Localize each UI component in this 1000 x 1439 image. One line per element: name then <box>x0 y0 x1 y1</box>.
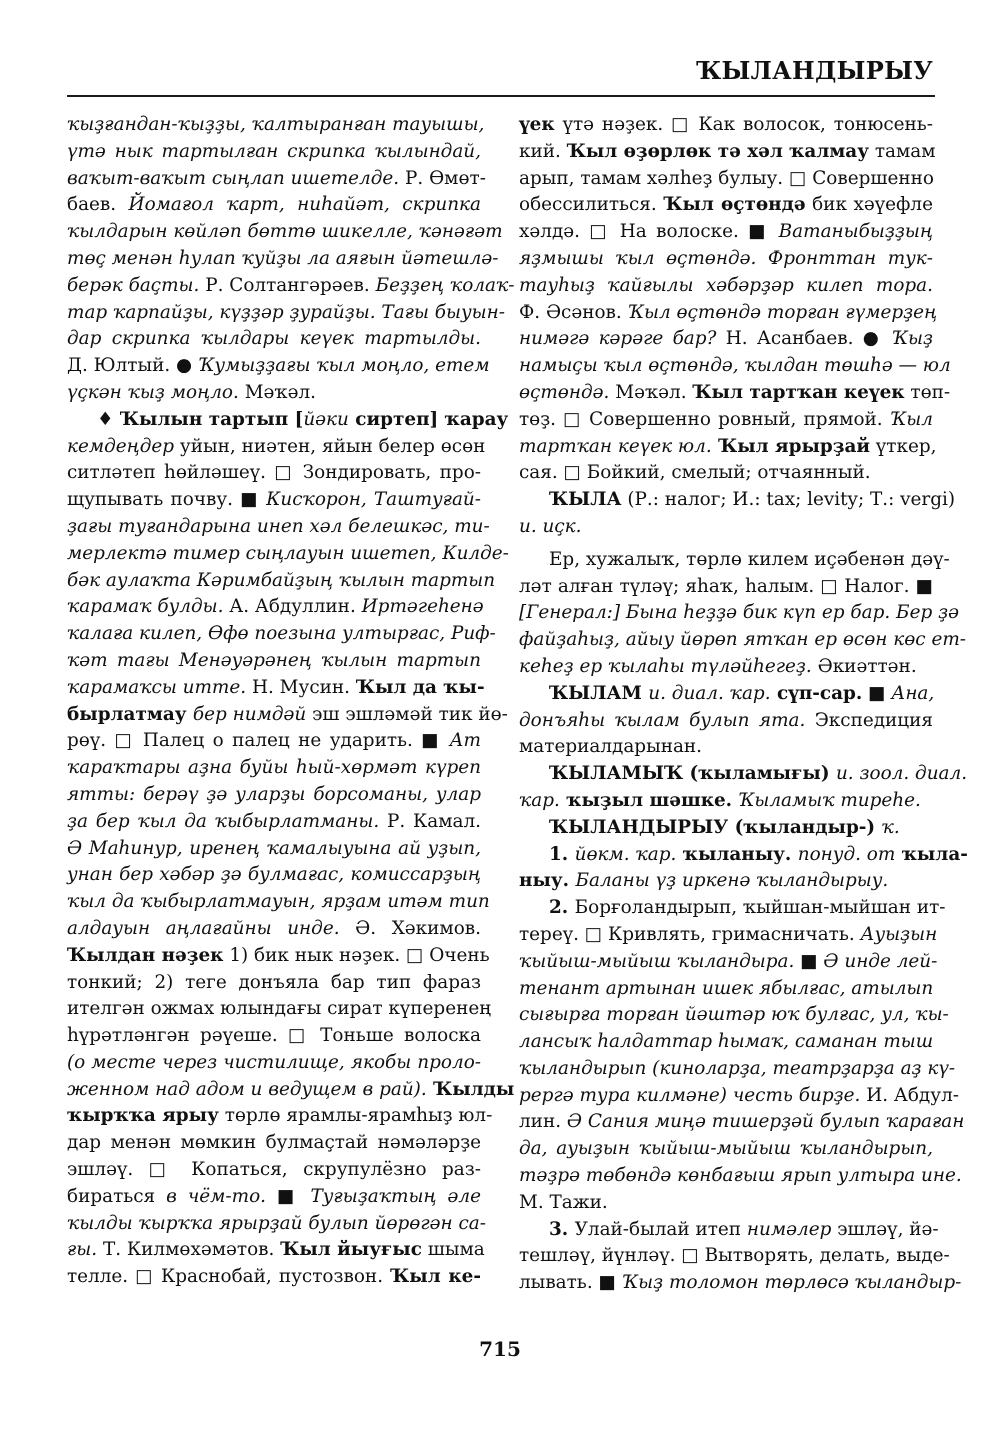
text-line: һүрәтләнгән рәүеше. □ Тоньше волоска <box>67 1023 481 1050</box>
example-text: үҫкән ҡыҙ моңло. <box>67 382 239 403</box>
example-text: Ә Сания миңә тишерҙәй булып ҡараған <box>567 1111 964 1132</box>
example-text: Беҙҙең ҡолаҡ- <box>376 275 515 296</box>
body-text: эш эшләмәй тик йө- <box>306 704 508 725</box>
text-line: и. иҫк. <box>519 514 933 541</box>
text-line: [Генерал:] Бына һеҙҙә бик күп ер бар. Бе… <box>519 600 933 627</box>
body-text: Экспедиция <box>805 710 933 731</box>
text-line: Ҡылдан нәҙек 1) бик нык нәҙек. □ Очень <box>67 943 481 970</box>
example-text: понуд. от <box>798 844 896 865</box>
body-text: хәлдә. □ На волоске. ■ <box>519 221 779 242</box>
example-text: тар ҡарпайҙы, күҙҙәр ҙурайҙы. Тағы быуын… <box>67 302 505 323</box>
text-line: Ер, хужалыҡ, төрлө килем иҫәбенән дәү- <box>519 547 933 574</box>
text-line: донъяһы ҡылам булып ята. Экспедиция <box>519 708 933 735</box>
body-text: (Р.: налог; И.: tax; levity; Т.: vergi) <box>622 489 956 510</box>
example-text: ғы. <box>67 1239 97 1260</box>
example-text: Ҡыҙ толомон төрлөсә ҡыландыр- <box>622 1272 962 1293</box>
example-text: Ә инде лей- <box>823 951 937 972</box>
running-head: ҠЫЛАНДЫРЫУ <box>696 56 933 85</box>
example-text: дар скрипка ҡылдары кеүек тартылды. <box>67 328 481 349</box>
body-text: тонкий; 2) теге донъяла бар тип фараз <box>67 972 481 993</box>
body-text: Борғоландырып, ҡыйшан-мыйшан ит- <box>575 897 946 918</box>
text-line: Д. Юлтый. ● Ҡумыҙҙағы ҡыл моңло, етем <box>67 353 481 380</box>
text-line: файҙаһыҙ, айыу йөрөп ятҡан ер өсөн көс е… <box>519 627 933 654</box>
text-line: 3. Улай-былай итеп нимәлер эшләү, йә- <box>519 1217 933 1244</box>
text-line: ҠЫЛАМЫҠ (ҡыламығы) и. зоол. диал. <box>519 761 933 788</box>
example-text: Ҡыҙ <box>892 328 933 349</box>
text-line: тонкий; 2) теге донъяла бар тип фараз <box>67 970 481 997</box>
text-line: (о месте через чистилище, якобы проло- <box>67 1050 481 1077</box>
text-line: бәк аулаҡта Кәримбайҙың ҡылын тартып <box>67 568 481 595</box>
example-text: да, ауыҙын ҡыйыш-мыйыш ҡыландырып, <box>519 1138 933 1159</box>
text-line: арып, тамам хәлһеҙ булыу. □ Совершенно <box>519 166 933 193</box>
example-text: ҡ. <box>882 817 900 838</box>
example-text: ҡыйыш-мыйыш ҡыландыра. <box>519 951 794 972</box>
example-text: Ҡумыҙҙағы ҡыл моңло, етем <box>198 355 490 376</box>
text-line: Ә Маһинур, иренең ҡамалыуына ай уҙып, <box>67 836 481 863</box>
text-line: дар скрипка ҡылдары кеүек тартылды. <box>67 326 481 353</box>
example-text: Йомағол ҡарт, ниһайәт, скрипка <box>129 194 481 215</box>
body-text: эшләү, йә- <box>831 1219 938 1240</box>
body-text: төҙ. □ Совершенно ровный, прямой. <box>519 409 890 430</box>
example-text: ҡыл да ҡыбырлатмауын, ярҙам итәм тип <box>67 891 490 912</box>
text-line: М. Тажи. <box>519 1190 933 1217</box>
text-line: 2. Борғоландырып, ҡыйшан-мыйшан ит- <box>519 895 933 922</box>
body-text: обессилиться. <box>519 194 663 215</box>
body-text: ләт алған түләү; яһаҡ, һалым. □ Налог. ■ <box>519 576 933 597</box>
headword-text: ♦ Ҡылын тартып [ <box>97 409 303 430</box>
example-text: өҫтөндә. <box>519 382 609 403</box>
body-text: үткер, <box>870 436 936 457</box>
body-text: М. Тажи. <box>519 1192 608 1213</box>
body-text: бик хәүефле <box>806 194 933 215</box>
example-text: тенант артынан ишек ябылғас, атылып <box>519 978 933 999</box>
body-text: ситләтеп һөйләшеү. □ Зондировать, про- <box>67 462 481 483</box>
text-line: ҡылдарын көйләп бөттө шикелле, ҡәнәғәт <box>67 219 481 246</box>
example-text: бәк аулаҡта Кәримбайҙың ҡылын тартып <box>67 570 495 591</box>
body-text: И. Абдул- <box>860 1085 959 1106</box>
example-text: тауһыҙ ҡайғылы хәбәрҙәр килеп тора. <box>519 275 933 296</box>
body-text: дар менән мөмкин булмаҫтай нәмәләрҙе <box>67 1132 481 1153</box>
example-text: (о месте через чистилище, якобы проло- <box>67 1052 481 1073</box>
text-line: лин. Ә Сания миңә тишерҙәй булып ҡараған <box>519 1109 933 1136</box>
text-line: тенант артынан ишек ябылғас, атылып <box>519 976 933 1003</box>
text-line: ҡәт тағы Менәуәрәнең ҡылын тартып <box>67 648 481 675</box>
body-text: эшләү. □ Копаться, скрупулёзно раз- <box>67 1159 481 1180</box>
example-text: ҡәт тағы Менәуәрәнең ҡылын тартып <box>67 650 481 671</box>
headword-text: 1. <box>549 844 575 865</box>
text-line: хәлдә. □ На волоске. ■ Ватаныбыҙҙың <box>519 219 933 246</box>
text-line: ҡыл да ҡыбырлатмауын, ярҙам итәм тип <box>67 889 481 916</box>
body-text: Р. Өмөт- <box>399 168 486 189</box>
headword-text: ҠЫЛА <box>549 489 622 510</box>
headword-text: ҡыланыу. <box>676 844 797 865</box>
body-text: үтә нәҙек. □ Как волосок, тонюсень- <box>555 114 933 135</box>
text-line: тар ҡарпайҙы, күҙҙәр ҙурайҙы. Тағы быуын… <box>67 300 481 327</box>
example-text: Баланы үҙ иркенә ҡыландырыу. <box>575 870 888 891</box>
text-line: өҫтөндә. Мәҡәл. Ҡыл тартҡан кеүек төп- <box>519 380 933 407</box>
text-line: ғы. Т. Килмөхәмәтов. Ҡыл йыуғыс шыма <box>67 1237 481 1264</box>
body-text: материалдарынан. <box>519 736 702 757</box>
example-text: Туғыҙаҡтың әле <box>311 1186 482 1207</box>
headword-text: Ҡыл ярырҙай <box>712 436 870 457</box>
left-column: ҡыҙғандан-ҡыҙҙы, ҡалтыранған тауышы,үтә … <box>67 112 481 1291</box>
example-text: лансыҡ һалдаттар һымаҡ, саманан тыш <box>519 1031 933 1052</box>
example-text: кемдеңдер <box>67 436 174 457</box>
body-text: 1) бик нык нәҙек. □ Очень <box>223 945 489 966</box>
text-line: ҡыйыш-мыйыш ҡыландыра. ■ Ә инде лей- <box>519 949 933 976</box>
example-text: донъяһы ҡылам булып ята. <box>519 710 805 731</box>
page-header: ҠЫЛАНДЫРЫУ <box>67 50 935 97</box>
example-text: и. диал. ҡар. <box>648 683 770 704</box>
example-text: Ҡыламыҡ тиреһе. <box>732 790 921 811</box>
text-line: сығырға торған йәштәр юҡ булғас, ул, ҡы- <box>519 1002 933 1029</box>
body-text: Ер, хужалыҡ, төрлө килем иҫәбенән дәү- <box>549 549 950 570</box>
text-line: кеһеҙ ер ҡылаһы түләйһегеҙ. Әкиәттән. <box>519 654 933 681</box>
text-line: обессилиться. Ҡыл өҫтөндә бик хәүефле <box>519 192 933 219</box>
example-text: сығырға торған йәштәр юҡ булғас, ул, ҡы- <box>519 1004 949 1025</box>
body-text: Ф. Әсәнов. <box>519 302 628 323</box>
text-line: ҙағы туғандарына инеп хәл белешкәс, ти- <box>67 514 481 541</box>
text-line: үтә нык тартылған скрипка ҡылындай, <box>67 139 481 166</box>
text-line: төҫ менән һулап ҡуйҙы ла аяғын йәтешлә- <box>67 246 481 273</box>
example-text: үтә нык тартылған скрипка ҡылындай, <box>67 141 481 162</box>
example-text: ҡыландырып (киноларҙа, театрҙарҙа аҙ кү- <box>519 1058 955 1079</box>
headword-text: сиртеп] ҡарау <box>349 409 508 430</box>
body-text: Ә. Хәкимов. <box>340 918 481 939</box>
body-text: сая. □ Бойкий, смелый; отчаянный. <box>519 462 871 483</box>
example-text: файҙаһыҙ, айыу йөрөп ятҡан ер өсөн көс е… <box>519 629 966 650</box>
text-line: ♦ Ҡылын тартып [йәки сиртеп] ҡарау <box>67 407 481 434</box>
headword-text: ҠЫЛАМ <box>549 683 648 704</box>
body-text: тешләү, йүнләү. □ Вытворять, делать, выд… <box>519 1245 950 1266</box>
example-text: Ватаныбыҙҙың <box>779 221 933 242</box>
example-text: в чём-то. <box>166 1186 266 1207</box>
example-text: алдауын аңлағайны инде. <box>67 918 340 939</box>
example-text: ҡыҙғандан-ҡыҙҙы, ҡалтыранған тауышы, <box>67 114 484 135</box>
headword-text: Ҡыл ке- <box>390 1266 481 1287</box>
example-text: и. иҫк. <box>519 516 582 537</box>
text-line: тәҙрә төбөндә көнбағыш ярып ултыра ине. <box>519 1163 933 1190</box>
text-line: төҙ. □ Совершенно ровный, прямой. Ҡыл <box>519 407 933 434</box>
body-text: Н. Мусин. <box>246 677 356 698</box>
body-text: щупывать почву. ■ <box>67 489 266 510</box>
body-text: баев. <box>67 194 129 215</box>
page-number: 715 <box>0 1337 1000 1361</box>
example-text: Ә Маһинур, иренең ҡамалыуына ай уҙып, <box>67 838 481 859</box>
text-line: ҡар. ҡыҙыл шәшке. Ҡыламыҡ тиреһе. <box>519 788 933 815</box>
example-text: берәк баҫты. <box>67 275 199 296</box>
text-line: ситләтеп һөйләшеү. □ Зондировать, про- <box>67 460 481 487</box>
body-text: рөү. □ Палец о палец не ударить. ■ <box>67 730 450 751</box>
text-line: ҡыҙғандан-ҡыҙҙы, ҡалтыранған тауышы, <box>67 112 481 139</box>
body-text: тереү. □ Кривлять, гримасничать. <box>519 924 861 945</box>
text-line: ҠЫЛАНДЫРЫУ (ҡыландыр-) ҡ. <box>519 815 933 842</box>
example-text: тартҡан кеүек юл. <box>519 436 712 457</box>
text-line: тереү. □ Кривлять, гримасничать. Ауыҙын <box>519 922 933 949</box>
text-line: ҠЫЛА (Р.: налог; И.: tax; levity; Т.: ve… <box>519 487 933 514</box>
headword-text: үек <box>519 114 555 135</box>
body-text: Улай-былай итеп <box>575 1219 747 1240</box>
text-line: тешләү, йүнләү. □ Вытворять, делать, выд… <box>519 1243 933 1270</box>
text-line: телле. □ Краснобай, пустозвон. Ҡыл ке- <box>67 1264 481 1291</box>
example-text: ҡар. <box>519 790 560 811</box>
example-text: Кисҡорон, Таштуғай- <box>266 489 481 510</box>
example-text: Иртәгеһенә <box>362 596 484 617</box>
text-line: лансыҡ һалдаттар һымаҡ, саманан тыш <box>519 1029 933 1056</box>
text-line: 1. йөкм. ҡар. ҡыланыу. понуд. от ҡыла- <box>519 842 933 869</box>
example-text: кеһеҙ ер ҡылаһы түләйһегеҙ. <box>519 656 812 677</box>
text-line: ләт алған түләү; яһаҡ, һалым. □ Налог. ■ <box>519 574 933 601</box>
body-text: һүрәтләнгән рәүеше. □ Тоньше волоска <box>67 1025 481 1046</box>
example-text: нимәлер <box>747 1219 831 1240</box>
text-line: женном над адом и ведущем в рай). Ҡылды <box>67 1077 481 1104</box>
example-text: ҡарамаҡ булды. <box>67 596 223 617</box>
text-line: кемдеңдер уйын, ниәтен, яйын белер өсөн <box>67 434 481 461</box>
text-line: дар менән мөмкин булмаҫтай нәмәләрҙе <box>67 1130 481 1157</box>
text-line: ҡарамаҡ булды. А. Абдуллин. Иртәгеһенә <box>67 594 481 621</box>
text-line: баев. Йомағол ҡарт, ниһайәт, скрипка <box>67 192 481 219</box>
text-line: үҫкән ҡыҙ моңло. Мәҡәл. <box>67 380 481 407</box>
example-text: Ат <box>450 730 481 751</box>
headword-text: Ҡыл өҫтөндә <box>663 194 805 215</box>
headword-text: Ҡыл да ҡы- <box>356 677 485 698</box>
text-line: яҙмышы ҡыл өҫтөндә. Фронттан тук- <box>519 246 933 273</box>
text-line: бырлатмау бер нимдәй эш эшләмәй тик йө- <box>67 702 481 729</box>
text-line: ваҡыт-ваҡыт сыңлап ишетелде. Р. Өмөт- <box>67 166 481 193</box>
text-line: үек үтә нәҙек. □ Как волосок, тонюсень- <box>519 112 933 139</box>
text-line: рөү. □ Палец о палец не ударить. ■ Ат <box>67 728 481 755</box>
body-text: ■ <box>794 951 823 972</box>
text-line: материалдарынан. <box>519 734 933 761</box>
text-line: ҡараҡтары аҙна буйы һый-хөрмәт күреп <box>67 755 481 782</box>
example-text: унан бер хәбәр ҙә булмағас, комиссарҙың <box>67 864 481 885</box>
text-line: эшләү. □ Копаться, скрупулёзно раз- <box>67 1157 481 1184</box>
headword-text: ҠЫЛАНДЫРЫУ (ҡыландыр-) <box>549 817 882 838</box>
body-text: төрлө ярамлы-ярамһыҙ юл- <box>219 1105 492 1126</box>
text-line: берәк баҫты. Р. Солтангәрәев. Беҙҙең ҡол… <box>67 273 481 300</box>
headword-text: 3. <box>549 1219 575 1240</box>
headword-text: ҡыла- <box>895 844 968 865</box>
text-line: ҡылды ҡырҡҡа ярырҙай булып йөрөгән са- <box>67 1211 481 1238</box>
body-text: Р. Камал. <box>379 811 481 832</box>
headword-text: сүп-сар. <box>771 683 863 704</box>
text-line: намыҫы ҡыл өҫтөндә, ҡылдан төшһә — юл <box>519 353 933 380</box>
body-text: Р. Солтангәрәев. <box>199 275 375 296</box>
example-text: Ана, <box>891 683 934 704</box>
text-line: тауһыҙ ҡайғылы хәбәрҙәр килеп тора. <box>519 273 933 300</box>
body-text: Мәҡәл. <box>239 382 316 403</box>
example-text: бер нимдәй <box>193 704 306 725</box>
text-line: алдауын аңлағайны инде. Ә. Хәкимов. <box>67 916 481 943</box>
text-line: ҙа бер ҡыл да ҡыбырлатманы. Р. Камал. <box>67 809 481 836</box>
example-text: йәки <box>303 409 349 430</box>
body-text: арып, тамам хәлһеҙ булыу. □ Совершенно <box>519 168 934 189</box>
text-line: да, ауыҙын ҡыйыш-мыйыш ҡыландырып, <box>519 1136 933 1163</box>
body-text: лин. <box>519 1111 567 1132</box>
text-line: ителгән ожмах юлындағы сират күперенең <box>67 996 481 1023</box>
example-text: Ауыҙын <box>861 924 938 945</box>
example-text: ҡарамаҡсы итте. <box>67 677 246 698</box>
example-text: ҡалаға килеп, Өфө поезына ултырғас, Риф- <box>67 623 496 644</box>
text-line: ҠЫЛАМ и. диал. ҡар. сүп-сар. ■ Ана, <box>519 681 933 708</box>
body-text: бираться <box>67 1186 166 1207</box>
body-text: Т. Килмөхәмәтов. <box>97 1239 280 1260</box>
headword-text: ҠЫЛАМЫҠ (ҡыламығы) <box>549 763 836 784</box>
headword-text: Ҡыл өҙөрлөк тә хәл ҡалмау <box>567 141 869 162</box>
example-text: мерлектә тимер сыңлауын ишетеп, Килде- <box>67 543 509 564</box>
headword-text: бырлатмау <box>67 704 193 725</box>
example-text: ҡылды ҡырҡҡа ярырҙай булып йөрөгән са- <box>67 1213 486 1234</box>
text-line: ҡырҡҡа ярыу төрлө ярамлы-ярамһыҙ юл- <box>67 1103 481 1130</box>
example-text: ятты: берәү ҙә уларҙы борсоманы, улар <box>67 784 481 805</box>
text-line: сая. □ Бойкий, смелый; отчаянный. <box>519 460 933 487</box>
body-text: ■ <box>266 1186 311 1207</box>
body-text: Н. Асанбаев. ● <box>716 328 891 349</box>
headword-text: Ҡылды <box>427 1079 515 1100</box>
body-text: Мәҡәл. <box>609 382 692 403</box>
example-text: ҙа бер ҡыл да ҡыбырлатманы. <box>67 811 379 832</box>
headword-text: ҡырҡҡа ярыу <box>67 1105 219 1126</box>
example-text: намыҫы ҡыл өҫтөндә, ҡылдан төшһә — юл <box>519 355 951 376</box>
example-text: яҙмышы ҡыл өҫтөндә. Фронттан тук- <box>519 248 933 269</box>
text-line: лывать. ■ Ҡыҙ толомон төрлөсә ҡыландыр- <box>519 1270 933 1297</box>
example-text: женном над адом и ведущем в рай). <box>67 1079 427 1100</box>
headword-text: Ҡыл йыуғыс <box>280 1239 422 1260</box>
headword-text: Ҡыл тартҡан кеүек <box>692 382 904 403</box>
text-line: ҡалаға килеп, Өфө поезына ултырғас, Риф- <box>67 621 481 648</box>
body-text: лывать. ■ <box>519 1272 622 1293</box>
headword-text: 2. <box>549 897 575 918</box>
text-line: тартҡан кеүек юл. Ҡыл ярырҙай үткер, <box>519 434 933 461</box>
body-text: Әкиәттән. <box>812 656 917 677</box>
example-text: [Генерал:] Бына һеҙҙә бик күп ер бар. Бе… <box>519 602 959 623</box>
text-line: бираться в чём-то. ■ Туғыҙаҡтың әле <box>67 1184 481 1211</box>
text-line: рергә тура килмәне) честь бирҙе. И. Абду… <box>519 1083 933 1110</box>
example-text: ҡараҡтары аҙна буйы һый-хөрмәт күреп <box>67 757 481 778</box>
text-line: Ф. Әсәнов. Ҡыл өҫтөндә торған ғүмерҙең <box>519 300 933 327</box>
example-text: и. зоол. диал. <box>836 763 967 784</box>
text-line: ҡыландырып (киноларҙа, театрҙарҙа аҙ кү- <box>519 1056 933 1083</box>
example-text: Ҡыл <box>890 409 933 430</box>
body-text: ■ <box>862 683 891 704</box>
body-text: кий. <box>519 141 567 162</box>
body-text: уйын, ниәтен, яйын белер өсөн <box>174 436 485 457</box>
example-text: ҡылдарын көйләп бөттө шикелле, ҡәнәғәт <box>67 221 503 242</box>
example-text: рергә тура килмәне) честь бирҙе. <box>519 1085 860 1106</box>
body-text: ителгән ожмах юлындағы сират күперенең <box>67 998 491 1019</box>
headword-text: Ҡылдан нәҙек <box>67 945 223 966</box>
text-line: щупывать почву. ■ Кисҡорон, Таштуғай- <box>67 487 481 514</box>
body-text: Д. Юлтый. ● <box>67 355 198 376</box>
body-text: шыма <box>422 1239 485 1260</box>
example-text: ваҡыт-ваҡыт сыңлап ишетелде. <box>67 168 399 189</box>
example-text: Ҡыл өҫтөндә торған ғүмерҙең <box>628 302 938 323</box>
text-line: ҡарамаҡсы итте. Н. Мусин. Ҡыл да ҡы- <box>67 675 481 702</box>
body-text: төп- <box>905 382 951 403</box>
body-text: телле. □ Краснобай, пустозвон. <box>67 1266 390 1287</box>
example-text: нимәгә кәрәге бар? <box>519 328 716 349</box>
text-line: унан бер хәбәр ҙә булмағас, комиссарҙың <box>67 862 481 889</box>
example-text: тәҙрә төбөндә көнбағыш ярып ултыра ине. <box>519 1165 962 1186</box>
right-column: үек үтә нәҙек. □ Как волосок, тонюсень-к… <box>519 112 933 1297</box>
body-text: А. Абдуллин. <box>223 596 361 617</box>
headword-text: ҡыҙыл шәшке. <box>560 790 732 811</box>
text-line: нимәгә кәрәге бар? Н. Асанбаев. ● Ҡыҙ <box>519 326 933 353</box>
body-text: тамам <box>869 141 936 162</box>
text-line: ныу. Баланы үҙ иркенә ҡыландырыу. <box>519 868 933 895</box>
example-text: ҙағы туғандарына инеп хәл белешкәс, ти- <box>67 516 490 537</box>
headword-text: ныу. <box>519 870 575 891</box>
text-line: мерлектә тимер сыңлауын ишетеп, Килде- <box>67 541 481 568</box>
example-text: йөкм. ҡар. <box>575 844 677 865</box>
text-line: кий. Ҡыл өҙөрлөк тә хәл ҡалмау тамам <box>519 139 933 166</box>
text-line: ятты: берәү ҙә уларҙы борсоманы, улар <box>67 782 481 809</box>
example-text: төҫ менән һулап ҡуйҙы ла аяғын йәтешлә- <box>67 248 498 269</box>
